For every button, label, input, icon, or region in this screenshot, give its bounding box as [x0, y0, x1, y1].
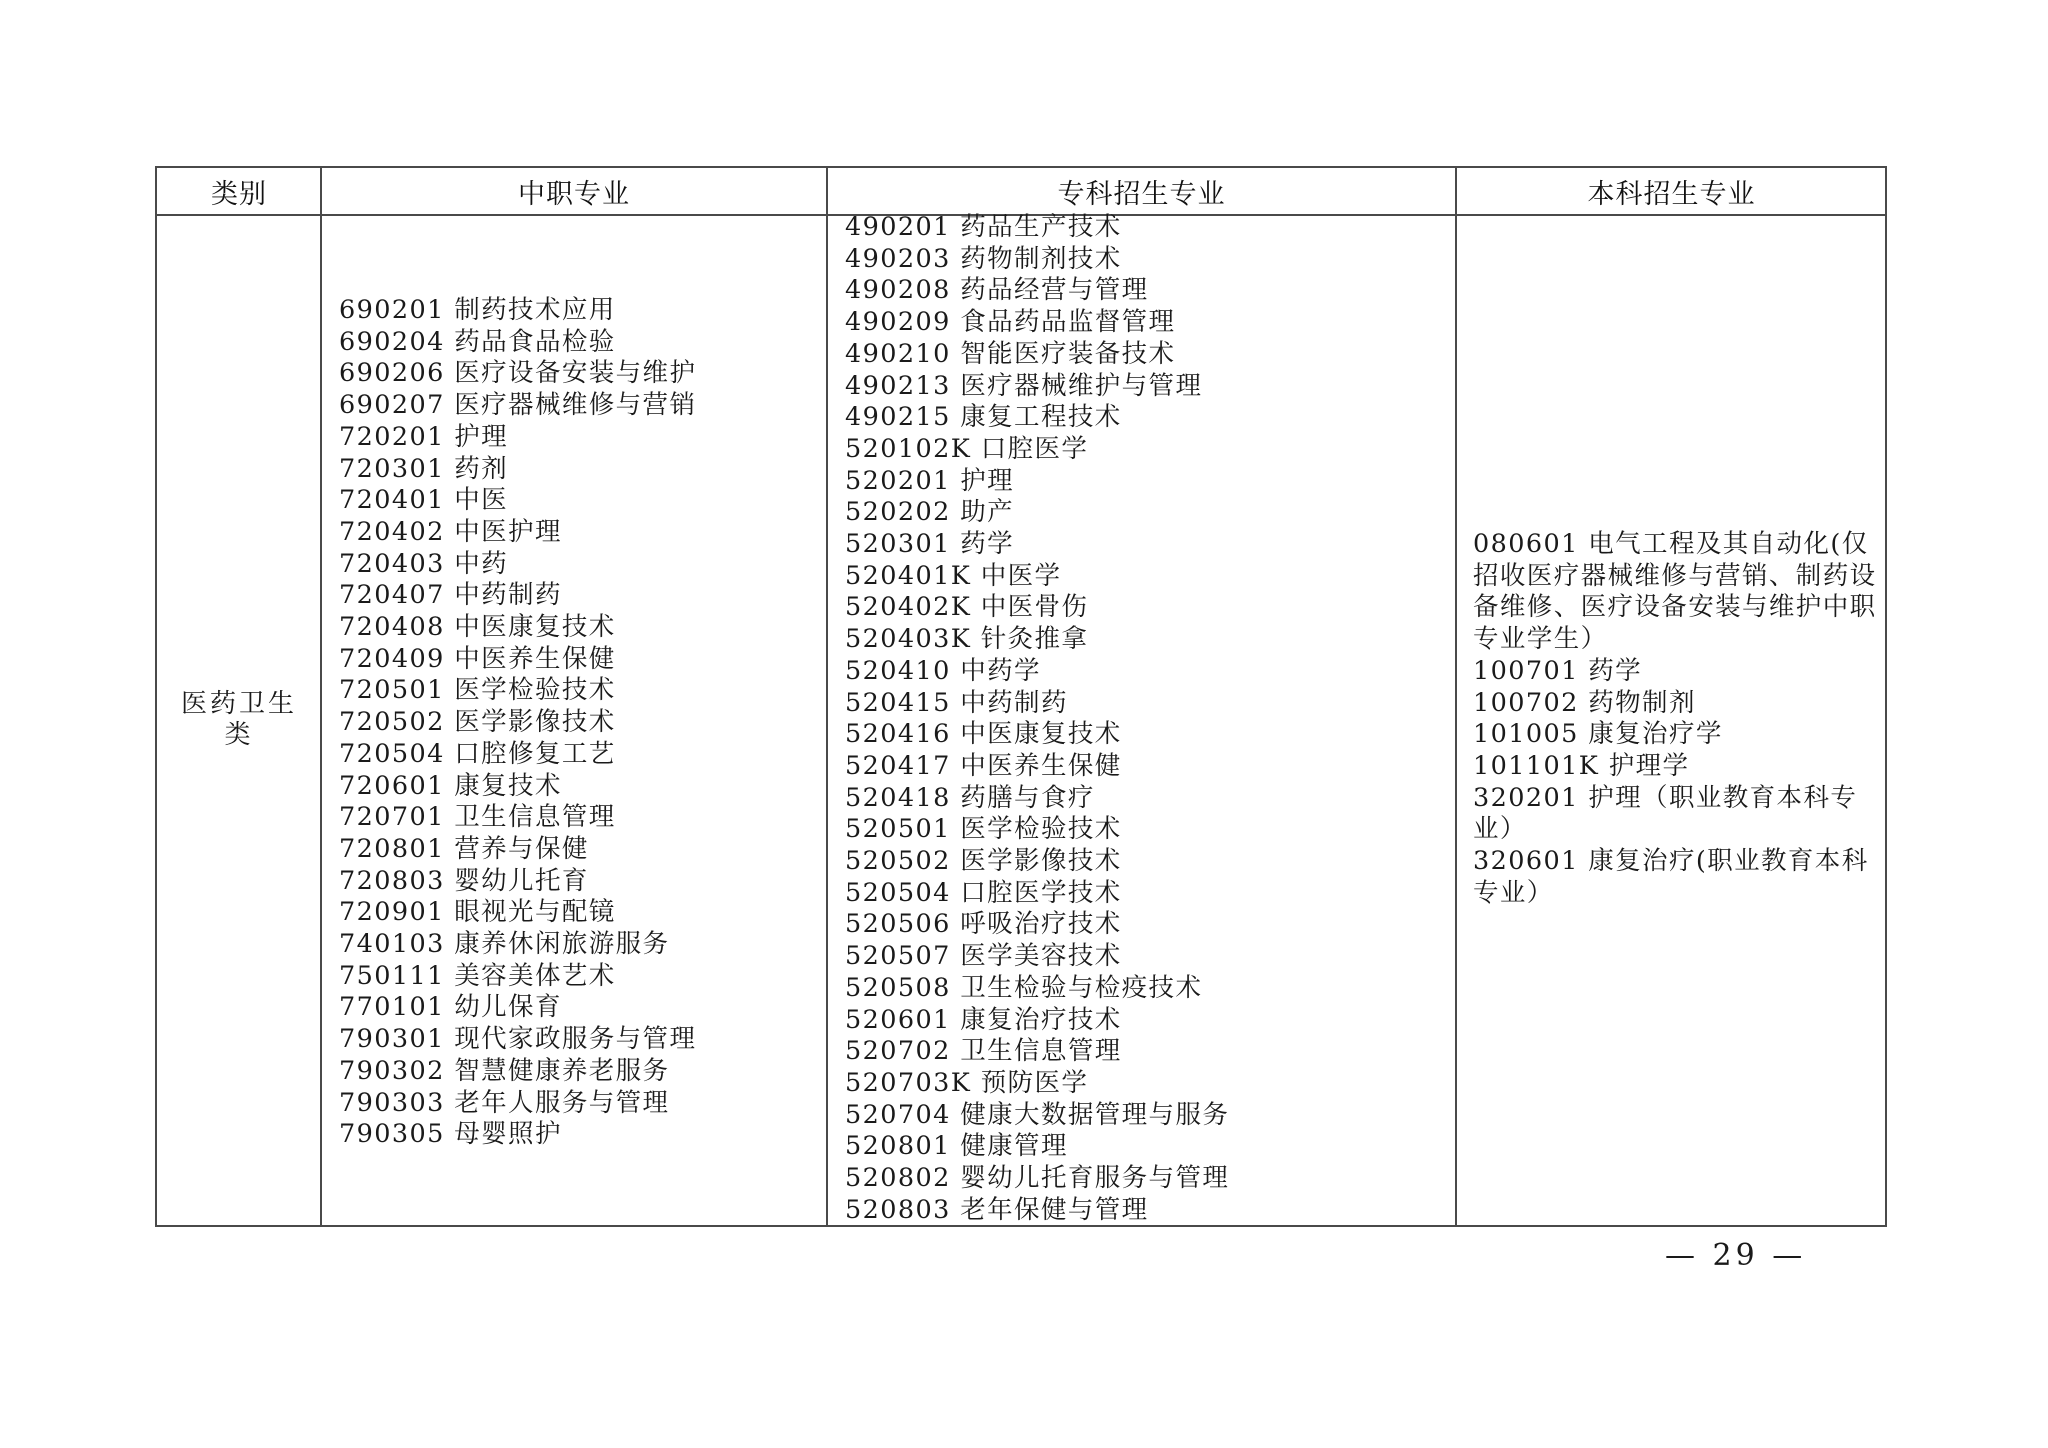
header-secondary-vocational: 中职专业: [321, 168, 827, 214]
secondary-vocational-list: 690201 制药技术应用690204 药品食品检验690206 医疗设备安装与…: [339, 295, 696, 1151]
list-item: 520704 健康大数据管理与服务: [845, 1100, 1229, 1132]
list-item: 520402K 中医骨伤: [845, 592, 1229, 624]
list-item: 520401K 中医学: [845, 561, 1229, 593]
category-label: 医药卫生类: [179, 689, 299, 751]
list-item: 490208 药品经营与管理: [845, 275, 1229, 307]
list-item: 520507 医学美容技术: [845, 941, 1229, 973]
list-item: 520506 呼吸治疗技术: [845, 909, 1229, 941]
list-item: 720601 康复技术: [339, 771, 696, 803]
list-item: 490210 智能医疗装备技术: [845, 339, 1229, 371]
list-item: 320601 康复治疗(职业教育本科专业）: [1473, 846, 1883, 909]
list-item: 690206 医疗设备安装与维护: [339, 358, 696, 390]
list-item: 520417 中医养生保健: [845, 751, 1229, 783]
list-item: 720401 中医: [339, 485, 696, 517]
list-item: 790305 母婴照护: [339, 1119, 696, 1151]
list-item: 790302 智慧健康养老服务: [339, 1056, 696, 1088]
undergraduate-list: 080601 电气工程及其自动化(仅招收医疗器械维修与营销、制药设备维修、医疗设…: [1473, 529, 1883, 909]
list-item: 720701 卫生信息管理: [339, 802, 696, 834]
list-item: 720402 中医护理: [339, 517, 696, 549]
list-item: 720403 中药: [339, 549, 696, 581]
list-item: 100702 药物制剂: [1473, 688, 1883, 720]
list-item: 520202 助产: [845, 497, 1229, 529]
list-item: 100701 药学: [1473, 656, 1883, 688]
page-number: — 29 —: [1665, 1238, 1806, 1273]
list-item: 720409 中医养生保健: [339, 644, 696, 676]
list-item: 720408 中医康复技术: [339, 612, 696, 644]
category-cell: 医药卫生类: [157, 214, 321, 1225]
list-item: 101101K 护理学: [1473, 751, 1883, 783]
list-item: 520802 婴幼儿托育服务与管理: [845, 1163, 1229, 1195]
list-item: 520301 药学: [845, 529, 1229, 561]
list-item: 720504 口腔修复工艺: [339, 739, 696, 771]
header-undergraduate: 本科招生专业: [1456, 168, 1887, 214]
header-junior-college: 专科招生专业: [827, 168, 1456, 214]
list-item: 520201 护理: [845, 466, 1229, 498]
list-item: 520418 药膳与食疗: [845, 783, 1229, 815]
list-item: 720502 医学影像技术: [339, 707, 696, 739]
list-item: 520703K 预防医学: [845, 1068, 1229, 1100]
list-item: 520415 中药制药: [845, 688, 1229, 720]
list-item: 720801 营养与保健: [339, 834, 696, 866]
list-item: 490215 康复工程技术: [845, 402, 1229, 434]
list-item: 520601 康复治疗技术: [845, 1005, 1229, 1037]
majors-table: 类别 中职专业 专科招生专业 本科招生专业 医药卫生类 690201 制药技术应…: [155, 166, 1887, 1227]
list-item: 520403K 针灸推拿: [845, 624, 1229, 656]
list-item: 720803 婴幼儿托育: [339, 866, 696, 898]
list-item: 520502 医学影像技术: [845, 846, 1229, 878]
list-item: 720407 中药制药: [339, 580, 696, 612]
list-item: 790301 现代家政服务与管理: [339, 1024, 696, 1056]
list-item: 520803 老年保健与管理: [845, 1195, 1229, 1227]
list-item: 080601 电气工程及其自动化(仅招收医疗器械维修与营销、制药设备维修、医疗设…: [1473, 529, 1883, 656]
list-item: 750111 美容美体艺术: [339, 961, 696, 993]
list-item: 520102K 口腔医学: [845, 434, 1229, 466]
list-item: 770101 幼儿保育: [339, 992, 696, 1024]
list-item: 720301 药剂: [339, 454, 696, 486]
header-category: 类别: [157, 168, 321, 214]
list-item: 520416 中医康复技术: [845, 719, 1229, 751]
list-item: 520801 健康管理: [845, 1131, 1229, 1163]
list-item: 520702 卫生信息管理: [845, 1036, 1229, 1068]
list-item: 520501 医学检验技术: [845, 814, 1229, 846]
list-item: 490203 药物制剂技术: [845, 244, 1229, 276]
column-divider: [826, 168, 828, 1225]
list-item: 790303 老年人服务与管理: [339, 1088, 696, 1120]
list-item: 101005 康复治疗学: [1473, 719, 1883, 751]
list-item: 690201 制药技术应用: [339, 295, 696, 327]
list-item: 720901 眼视光与配镜: [339, 897, 696, 929]
list-item: 690207 医疗器械维修与营销: [339, 390, 696, 422]
list-item: 520508 卫生检验与检疫技术: [845, 973, 1229, 1005]
list-item: 720201 护理: [339, 422, 696, 454]
list-item: 690204 药品食品检验: [339, 327, 696, 359]
list-item: 520410 中药学: [845, 656, 1229, 688]
list-item: 490213 医疗器械维护与管理: [845, 371, 1229, 403]
list-item: 320201 护理（职业教育本科专业）: [1473, 783, 1883, 846]
list-item: 740103 康养休闲旅游服务: [339, 929, 696, 961]
junior-college-list: 490201 药品生产技术490203 药物制剂技术490208 药品经营与管理…: [845, 212, 1229, 1227]
list-item: 720501 医学检验技术: [339, 675, 696, 707]
list-item: 520504 口腔医学技术: [845, 878, 1229, 910]
column-divider: [1455, 168, 1457, 1225]
list-item: 490201 药品生产技术: [845, 212, 1229, 244]
list-item: 490209 食品药品监督管理: [845, 307, 1229, 339]
